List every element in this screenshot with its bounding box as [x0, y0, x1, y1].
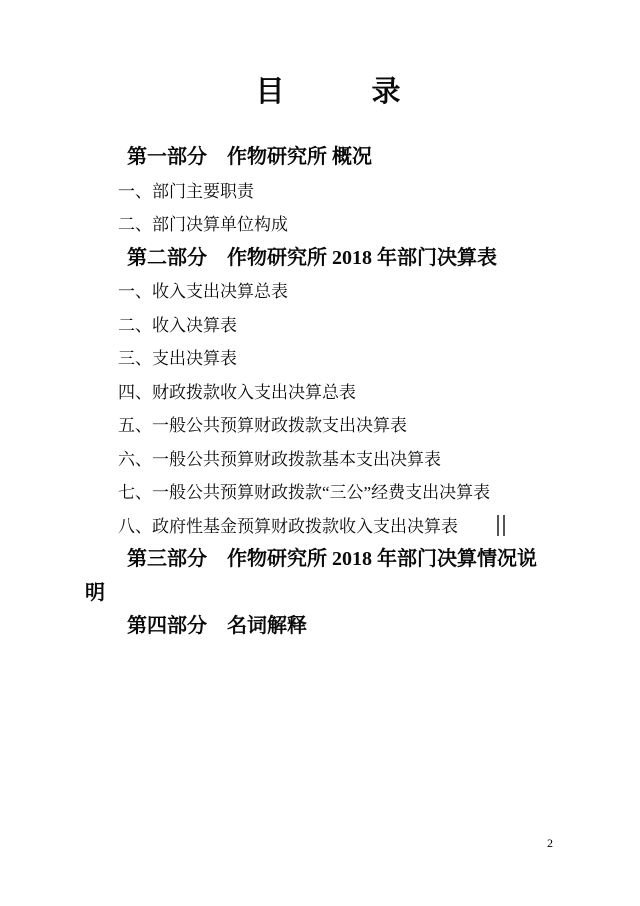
document-page: 目 录 第一部分 作物研究所 概况 一、部门主要职责 二、部门决算单位构成 第二…: [0, 0, 640, 906]
toc-item-general-budget-expense: 五、一般公共预算财政拨款支出决算表: [85, 409, 588, 443]
table-of-contents: 第一部分 作物研究所 概况 一、部门主要职责 二、部门决算单位构成 第二部分 作…: [85, 141, 588, 644]
page-number: 2: [547, 836, 553, 851]
toc-heading-part1: 第一部分 作物研究所 概况: [85, 141, 588, 175]
text-cursor-marks: [460, 510, 505, 544]
toc-item-general-budget-basic-expense: 六、一般公共预算财政拨款基本支出决算表: [85, 443, 588, 477]
toc-heading-part4: 第四部分 名词解释: [85, 610, 588, 644]
page-title: 目 录: [8, 74, 640, 110]
toc-heading-part3-line1: 第三部分 作物研究所 2018 年部门决算情况说: [127, 548, 537, 570]
toc-heading-part3-line2: 明: [85, 582, 105, 604]
toc-item-income-expense-summary: 一、收入支出决算总表: [85, 275, 588, 309]
toc-item-dept-units: 二、部门决算单位构成: [85, 208, 588, 242]
toc-item-govt-fund-budget-text: 八、政府性基金预算财政拨款收入支出决算表: [118, 517, 458, 536]
text-cursor-bar: [497, 515, 499, 536]
toc-item-dept-duties: 一、部门主要职责: [85, 175, 588, 209]
text-cursor-bar: [503, 515, 505, 536]
toc-item-expense-statement: 三、支出决算表: [85, 342, 588, 376]
toc-item-govt-fund-budget: 八、政府性基金预算财政拨款收入支出决算表: [85, 510, 588, 544]
toc-item-fiscal-appropriation-summary: 四、财政拨款收入支出决算总表: [85, 376, 588, 410]
toc-item-three-public-funds: 七、一般公共预算财政拨款“三公”经费支出决算表: [85, 476, 588, 510]
toc-heading-part3: 第三部分 作物研究所 2018 年部门决算情况说 明: [85, 543, 588, 610]
toc-item-income-statement: 二、收入决算表: [85, 309, 588, 343]
toc-heading-part2: 第二部分 作物研究所 2018 年部门决算表: [85, 242, 588, 276]
